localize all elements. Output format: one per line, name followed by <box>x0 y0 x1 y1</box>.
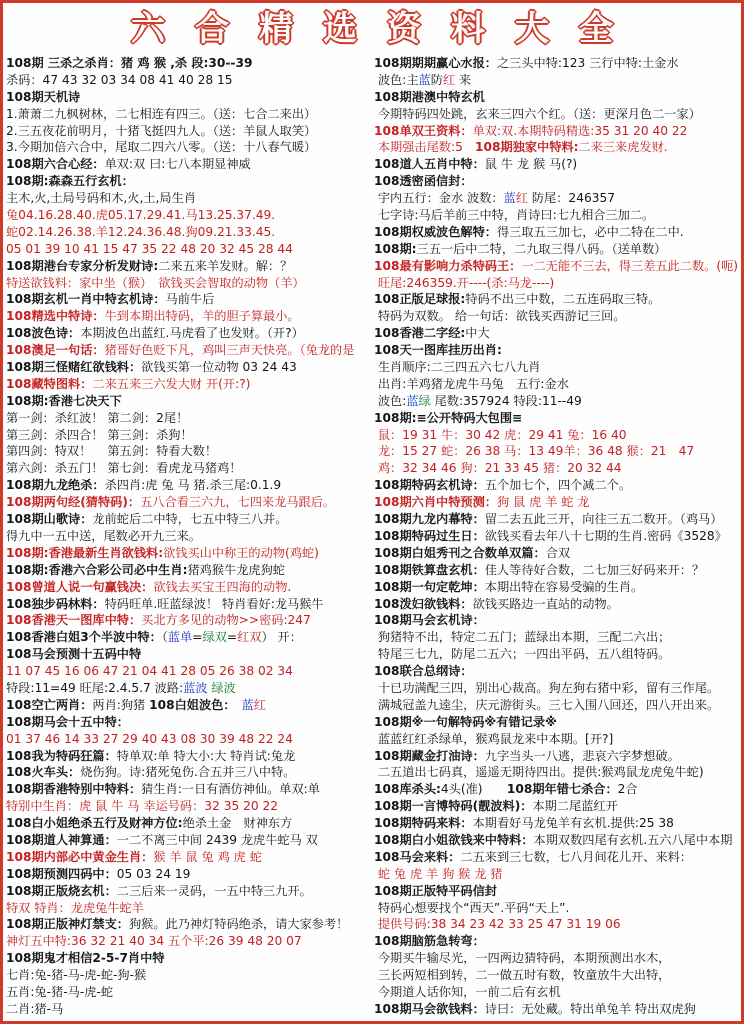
text-line: 108期港澳中特玄机 <box>374 89 738 106</box>
text-line: 108期六合心经：单双:双 曰:七八本期显神威 <box>6 156 370 173</box>
page-title: 六合精选资料大全 <box>3 3 741 55</box>
text-line: 蛇 兔 虎 羊 狗 猴 龙 猪 <box>374 866 738 883</box>
text-line: 第四剑：特双！ 第五剑：特看大数！ <box>6 443 370 460</box>
text-line: 108期:三五一后中二特，二九取三得八码。（送单数） <box>374 241 738 258</box>
text-line: 108期马会欲钱料：诗曰：无处藏。特出单兔羊 特出双虎狗 <box>374 1001 738 1018</box>
text-line: 01 37 46 14 33 27 29 40 43 08 30 39 48 2… <box>6 731 370 748</box>
text-line: 108期白姐秀刊之合数单双篇：合双 <box>374 545 738 562</box>
text-line: 108香港天一图库中特：买北方多见的动物>>密码:247 <box>6 612 370 629</box>
text-line: 108火车头：烧伤狗。诗:猪死兔伤.合五并三八中特。 <box>6 764 370 781</box>
text-line: 108马会来料：二五来到三七数，七八月间花儿开、来料： <box>374 849 738 866</box>
text-line: 特送欲钱料：家中坐（猴） 欲钱买会智取的动物（羊） <box>6 275 370 292</box>
text-line: 108期 三杀之杀肖：猪 鸡 猴 ,杀 段:30--39 <box>6 55 370 72</box>
text-line: 108期玄机一肖中特玄机诗：马前牛后 <box>6 291 370 308</box>
text-line: 108期:香港七决天下 <box>6 393 370 410</box>
text-line: 五肖:兔-猪-马-虎-蛇 <box>6 984 370 1001</box>
text-line: 108天一图库挂历出肖: <box>374 342 738 359</box>
text-line: 108期:香港最新生肖欲钱料:欲钱买山中称王的动物(鸡蛇) <box>6 545 370 562</box>
text-line: 108独步码林料：特码旺单.旺蓝绿波！ 特肖看好:龙马猴牛 <box>6 596 370 613</box>
text-line: 108白小姐绝杀五行及财神方位:绝杀土金 财神东方 <box>6 815 370 832</box>
text-line: 108期:森森五行玄机： <box>6 173 370 190</box>
text-line: 特码为双数。 给一句话：欲钱买西游记三回。 <box>374 308 738 325</box>
text-line: 出肖:羊鸡猪龙虎牛马兔 五行:金水 <box>374 376 738 393</box>
text-line: 108藏特图料：二来五来三六发大财 开(开:?) <box>6 376 370 393</box>
text-line: 108马会预测十五码中特 <box>6 646 370 663</box>
text-line: 108期香港特别中特料：猜生肖:一日有酒仿神仙。单双:单 <box>6 781 370 798</box>
text-line: 第一剑：杀红波！ 第二剑：2尾！ <box>6 410 370 427</box>
text-line: 108期特码过生日：欲钱买看去年八十七期的生肖.密码《3528》 <box>374 528 738 545</box>
text-line: 108单双王资料：单双:双.本期特码精选:35 31 20 40 22 <box>374 123 738 140</box>
text-line: 108期两句经(猜特码)：五八合看三六九，七四来龙马跟后。 <box>6 494 370 511</box>
text-line: 108期期期赢心水报：之三头中特:123 三行中特:土金水 <box>374 55 738 72</box>
text-line: 狗猪特不出，特定二五门；蓝绿出本期，三配二六出； <box>374 629 738 646</box>
text-line: 鸡：32 34 46 狗：21 33 45 猪：20 32 44 <box>374 460 738 477</box>
text-line: 十已功满配三四，别出心裁高。狗左狗右猪中彩，留有三作尾。 <box>374 680 738 697</box>
text-line: 鼠：19 31 牛：30 42 虎：29 41 兔：16 40 <box>374 427 738 444</box>
text-line: 108期六肖中特预测：狗 鼠 虎 羊 蛇 龙 <box>374 494 738 511</box>
text-line: 波色:主蓝防红 来 <box>374 72 738 89</box>
text-line: 108期三怪赌红欲钱料：欲钱买第一位动物 03 24 43 <box>6 359 370 376</box>
text-line: 108期港台专家分析发财诗:二来五来羊发财。解：？ <box>6 258 370 275</box>
text-line: 108期内部必中黄金生肖：猴 羊 鼠 兔 鸡 虎 蛇 <box>6 849 370 866</box>
text-line: 108期正版特平码信封 <box>374 883 738 900</box>
text-line: 108我为特码狂篇：特单双:单 特大小:大 特肖试:兔龙 <box>6 748 370 765</box>
text-line: 11 07 45 16 06 47 21 04 41 28 05 26 38 0… <box>6 663 370 680</box>
text-line: 神灯五中特:36 32 21 40 34 五个平:26 39 48 20 07 <box>6 933 370 950</box>
text-line: 二肖:猪-马 <box>6 1001 370 1018</box>
text-line: 波色:蓝绿 尾数:357924 特段:11--49 <box>374 393 738 410</box>
text-line: 特尾三七九，防尾二五六；一四出平码，五八组特码。 <box>374 646 738 663</box>
text-line: 108期藏金打油诗：九字当头一八逃，悲哀六字梦想破。 <box>374 748 738 765</box>
text-line: 108期特码玄机诗：五个加七个，四个减二个。 <box>374 477 738 494</box>
text-line: 108透密函信封： <box>374 173 738 190</box>
text-line: 龙：15 27 蛇：26 38 马：13 49羊：36 48 猴：21 47 <box>374 443 738 460</box>
text-line: 108曾道人说一句赢钱决：欲钱去买宝王四海的动物. <box>6 579 370 596</box>
text-line: 108期道人神算通：一二不离三中间 2439 龙虎牛蛇马 双 <box>6 832 370 849</box>
text-line: 108香港二字经:中大 <box>374 325 738 342</box>
text-line: 108期天机诗 <box>6 89 370 106</box>
text-line: 108期脑筋急转弯： <box>374 933 738 950</box>
text-line: 108库杀头:4头(准) 108期年错七杀合：2合 <box>374 781 738 798</box>
text-line: 1.萧萧二九枫树林，二七相连有四三。（送：七合二来出） <box>6 106 370 123</box>
text-line: 108期马会十五中特： <box>6 714 370 731</box>
text-line: 生肖顺序:二三四五六七八九肖 <box>374 359 738 376</box>
text-line: 提供号码:38 34 23 42 33 25 47 31 19 06 <box>374 916 738 933</box>
text-line: 108正版足球报:特码不出三中数，二五连码取三特。 <box>374 291 738 308</box>
text-line: 108期一句定乾坤：本期出特在容易受骗的生肖。 <box>374 579 738 596</box>
text-line: 108空亡两肖：两肖:狗猪 108白姐波色： 蓝红 <box>6 697 370 714</box>
text-line: 108香港白姐3个半波中特：（蓝单=绿双=红双） 开： <box>6 629 370 646</box>
text-line: 108期马会玄机诗： <box>374 612 738 629</box>
text-line: 第六剑：杀五门！ 第七剑：看虎龙马猪鸡！ <box>6 460 370 477</box>
text-line: 108波色诗：本期波色出蓝红.马虎看了也发财。（开?） <box>6 325 370 342</box>
text-line: 特码心想要找个“西天”.平码“天上”. <box>374 900 738 917</box>
text-line: 旺尾:246359.开----(杀:马龙----) <box>374 275 738 292</box>
text-line: 108期:≡公开特码大包围≡ <box>374 410 738 427</box>
text-line: 108泼妇欲钱料：欲钱买路边一直站的动物。 <box>374 596 738 613</box>
text-line: 得九中一五中送，尾数必开九三来。 <box>6 528 370 545</box>
left-column: 108期 三杀之杀肖：猪 鸡 猴 ,杀 段:30--39杀码：47 43 32 … <box>6 55 370 1018</box>
text-line: 三长两短相到转，二一做五时有数，牧童放牛大出特， <box>374 967 738 984</box>
text-line: 108期一言博特码(靓波料)：本期二尾蓝红开 <box>374 798 738 815</box>
text-line: 七字诗:马后羊前三中特，肖诗曰:七九相合三加二。 <box>374 207 738 224</box>
text-line: 七肖:兔-猪-马-虎-蛇-狗-猴 <box>6 967 370 984</box>
text-line: 108道人五肖中特：鼠 牛 龙 猴 马(?) <box>374 156 738 173</box>
text-line: 05 01 39 10 41 15 47 35 22 48 20 32 45 2… <box>6 241 370 258</box>
text-line: 108期山歌诗：龙前蛇后二中特，七五中特三八并。 <box>6 511 370 528</box>
text-line: 特双 特肖：龙虎兔牛蛇羊 <box>6 900 370 917</box>
text-line: 第三剑：杀四合！ 第三剑：杀狗！ <box>6 427 370 444</box>
text-line: 2.三五夜花前明月，十猪飞挺四九人。（送：羊鼠人取笑） <box>6 123 370 140</box>
content-columns: 108期 三杀之杀肖：猪 鸡 猴 ,杀 段:30--39杀码：47 43 32 … <box>3 55 741 1018</box>
text-line: 108期正版神灯禁支：狗猴。此乃神灯特码绝杀，请大家参考！ <box>6 916 370 933</box>
text-line: 蓝蓝红红杀绿单，猴鸡鼠龙来中本期。[开?] <box>374 731 738 748</box>
text-line: 108联合总纲诗： <box>374 663 738 680</box>
text-line: 108期白小姐欲钱来中特料：本期双数四尾有玄机.五六八尾中本期 <box>374 832 738 849</box>
lottery-info-sheet: 六合精选资料大全 108期 三杀之杀肖：猪 鸡 猴 ,杀 段:30--39杀码：… <box>0 0 744 1024</box>
text-line: 108澳足一句话：猪哥好色贬下凡，鸡叫三声天快亮。（兔龙的是 <box>6 342 370 359</box>
text-line: 主木,火,土局号码和木,火,土,局生肖 <box>6 190 370 207</box>
text-line: 本期强击尾数:5 108期独家中特料:二来三来虎发财. <box>374 139 738 156</box>
text-line: 108期:香港六合彩公司必中生肖:猪鸡猴牛龙虎狗蛇 <box>6 562 370 579</box>
text-line: 特段:11=49 旺尾:2.4.5.7 波路:蓝波 绿波 <box>6 680 370 697</box>
text-line: 108期特码来料：本期看好马龙兔羊有玄机.提供:25 38 <box>374 815 738 832</box>
text-line: 108期※一句解特码※有错记录※ <box>374 714 738 731</box>
text-line: 今期特码四处跳，玄来三四六个红。（送：更深月色二一家） <box>374 106 738 123</box>
text-line: 满城冠盖九逵尘，庆元游街头。三七入围八回还，四八开出来。 <box>374 697 738 714</box>
text-line: 今期买牛输尽光，一四两边猜特码，本期预测出水木， <box>374 950 738 967</box>
text-line: 兔04.16.28.40.虎05.17.29.41.马13.25.37.49. <box>6 207 370 224</box>
right-column: 108期期期赢心水报：之三头中特:123 三行中特:土金水 波色:主蓝防红 来1… <box>374 55 738 1018</box>
text-line: 杀码：47 43 32 03 34 08 41 40 28 15 <box>6 72 370 89</box>
text-line: 108期权威波色解特：得三取五三加七，必中二特在二中. <box>374 224 738 241</box>
text-line: 108期预测四码中：05 03 24 19 <box>6 866 370 883</box>
text-line: 108最有影响力杀特码王：一二无能不三去，得三差五此二数。(呃) <box>374 258 738 275</box>
text-line: 108期正版烧玄机：二三后来一灵码，一五中特三九开。 <box>6 883 370 900</box>
text-line: 二五道出七码真，遥遥无期待四出。提供:猴鸡鼠龙虎兔牛蛇) <box>374 764 738 781</box>
text-line: 蛇02.14.26.38.羊12.24.36.48.狗09.21.33.45. <box>6 224 370 241</box>
text-line: 108期铁算盘玄机：佳人等待好合数，二七加三好码来开：？ <box>374 562 738 579</box>
text-line: 今期道人话你知，一前二后有玄机 <box>374 984 738 1001</box>
text-line: 3.今期加倍六合中，尾取二四六八零。（送：十八春气暖） <box>6 139 370 156</box>
text-line: 108精选中特诗：牛到本期出特码，羊的胆子算最小。 <box>6 308 370 325</box>
text-line: 108期鬼才相信2-5-7肖中特 <box>6 950 370 967</box>
text-line: 108期九龙内幕特：留二去五此三开，向往三五二数开。（鸡马） <box>374 511 738 528</box>
text-line: 108期九龙绝杀：杀四肖:虎 兔 马 猪.杀三尾:0.1.9 <box>6 477 370 494</box>
text-line: 宇内五行：金水 波数：蓝红 防尾：246357 <box>374 190 738 207</box>
text-line: 特别中生肖：虎 鼠 牛 马 幸运号码：32 35 20 22 <box>6 798 370 815</box>
